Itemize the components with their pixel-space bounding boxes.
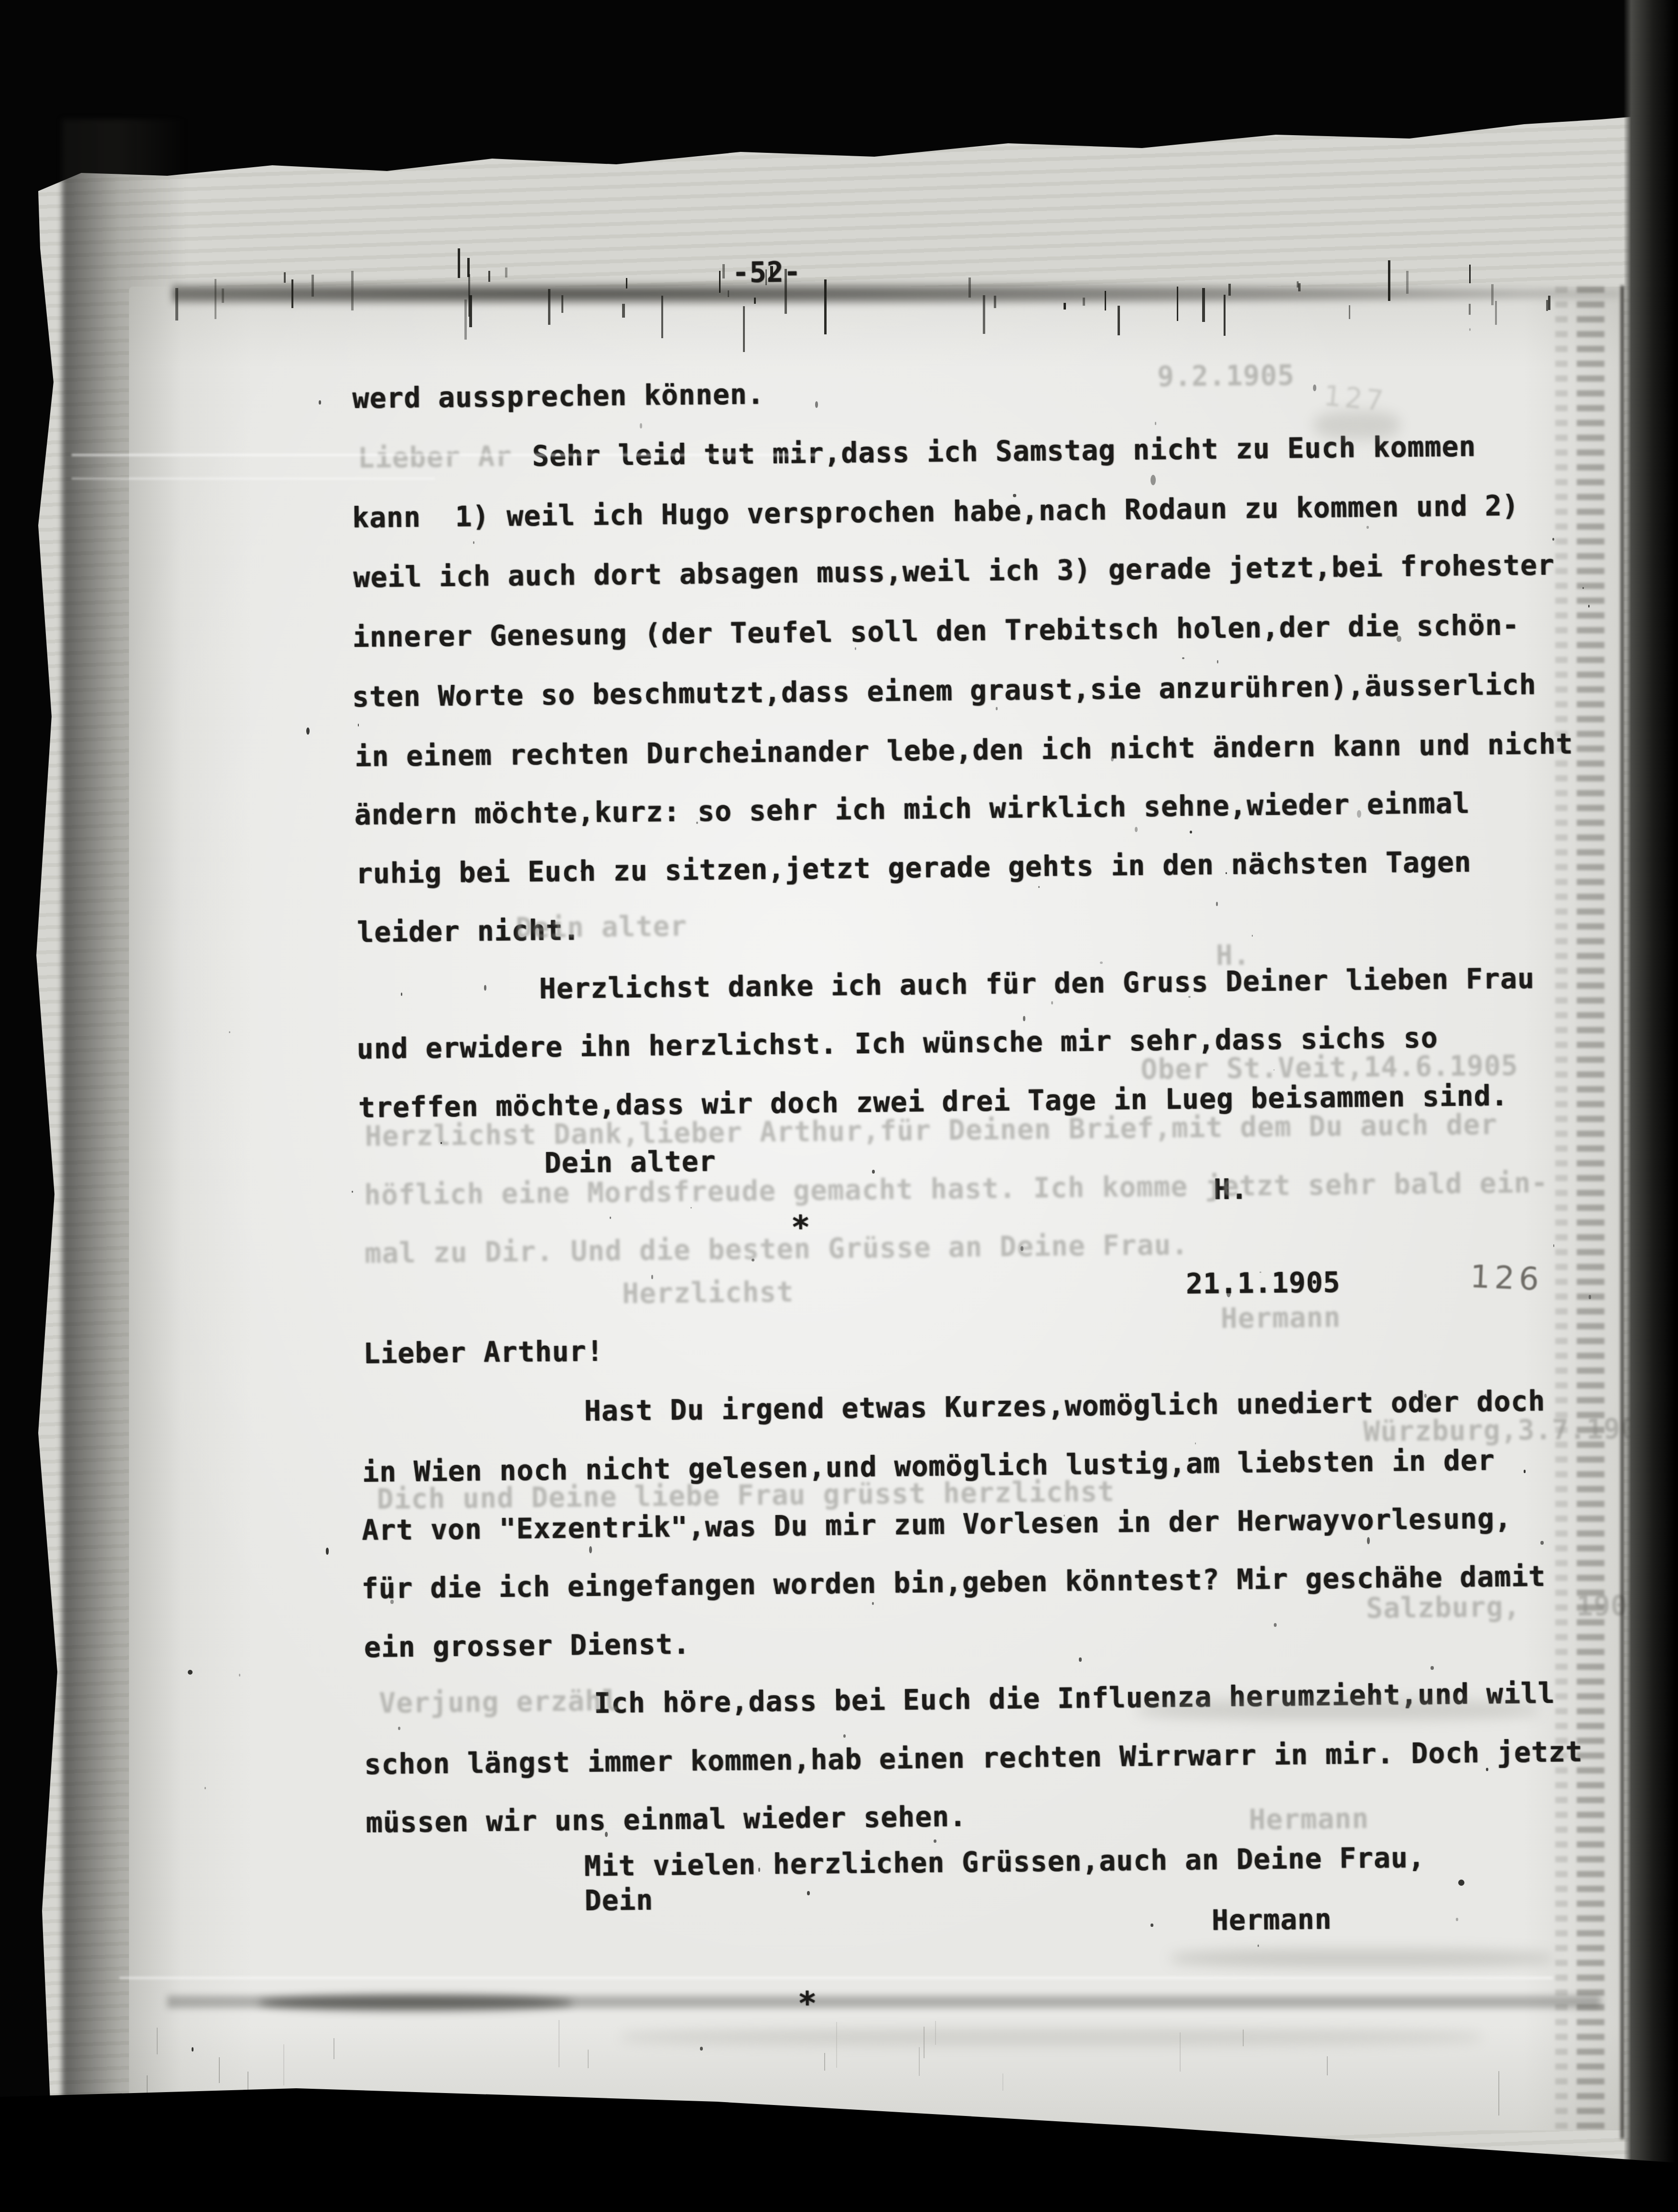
paper-fiber bbox=[919, 2047, 920, 2076]
scan-tick-mark bbox=[722, 264, 725, 278]
scan-tick-mark bbox=[719, 271, 721, 293]
scan-tick-mark bbox=[312, 275, 314, 297]
dust-speck bbox=[1540, 1541, 1544, 1545]
dust-speck bbox=[1172, 740, 1174, 745]
scan-tick-mark bbox=[1469, 265, 1471, 283]
scan-tick-mark bbox=[548, 289, 550, 325]
dust-speck bbox=[700, 2047, 703, 2051]
typewritten-text-layer: -52- werd aussprechen können.Sehr leid t… bbox=[0, 0, 1678, 2212]
paper-fiber bbox=[824, 2053, 825, 2071]
ghost-place: Salzburg, bbox=[1366, 1591, 1521, 1624]
ghost-initial: H. bbox=[1216, 939, 1251, 972]
paper-fiber bbox=[247, 2072, 248, 2091]
scan-tick-mark bbox=[284, 272, 286, 283]
scratch-line bbox=[119, 1977, 1553, 1979]
paper-fiber bbox=[1002, 2073, 1003, 2091]
dust-speck bbox=[581, 870, 582, 872]
bleedthrough-smudge bbox=[621, 2029, 1481, 2045]
scan-tick-mark bbox=[175, 288, 178, 321]
scan-tick-mark bbox=[622, 304, 625, 318]
dust-speck bbox=[1397, 636, 1401, 641]
scan-tick-mark bbox=[1118, 306, 1120, 335]
paper-fiber bbox=[1327, 2056, 1328, 2075]
scan-tick-mark bbox=[1298, 283, 1301, 291]
letter-separator-asterisk: * bbox=[797, 1985, 817, 2021]
dust-speck bbox=[610, 1217, 612, 1219]
dust-speck bbox=[1582, 587, 1584, 589]
ghost-signature: Hermann bbox=[1220, 1301, 1341, 1335]
dust-speck bbox=[484, 985, 486, 991]
scan-tick-mark bbox=[983, 295, 985, 334]
dust-speck bbox=[1151, 475, 1156, 485]
dust-speck bbox=[1486, 1768, 1488, 1771]
dust-speck bbox=[1456, 1918, 1458, 1921]
dust-speck bbox=[192, 2047, 194, 2052]
scan-tick-mark bbox=[1491, 284, 1493, 305]
dust-speck bbox=[319, 400, 321, 405]
dust-speck bbox=[188, 1670, 193, 1675]
dust-speck bbox=[1458, 1880, 1464, 1886]
scan-tick-mark bbox=[351, 271, 354, 311]
ghost-line: höflich eine Mordsfreude gemacht hast. I… bbox=[364, 1166, 1549, 1211]
scan-tick-mark bbox=[458, 248, 460, 278]
scan-tick-mark bbox=[1202, 288, 1205, 322]
dust-speck bbox=[605, 1832, 608, 1837]
scan-tick-mark bbox=[765, 269, 767, 286]
scan-tick-mark bbox=[626, 278, 627, 289]
dust-speck bbox=[1367, 1537, 1370, 1544]
scan-tick-mark bbox=[1228, 284, 1231, 295]
scan-tick-mark bbox=[770, 266, 773, 276]
letter2-salutation: Lieber Arthur! bbox=[363, 1335, 604, 1370]
dust-speck bbox=[1588, 605, 1590, 608]
dust-speck bbox=[352, 1191, 353, 1193]
scan-tick-mark bbox=[1224, 295, 1226, 336]
letter2-line: schon längst immer kommen,hab einen rech… bbox=[364, 1735, 1583, 1781]
dust-speck bbox=[306, 727, 310, 735]
scan-tick-mark bbox=[1495, 301, 1496, 325]
dust-speck bbox=[1064, 1515, 1065, 1517]
dust-speck bbox=[1151, 1923, 1153, 1927]
dust-speck bbox=[1552, 538, 1554, 541]
letter1-line: ändern möchte,kurz: so sehr ich mich wir… bbox=[354, 787, 1470, 831]
letter1-line: weil ich auch dort absagen muss,weil ich… bbox=[353, 549, 1555, 594]
letter2-signature: Hermann bbox=[1212, 1903, 1332, 1937]
dust-speck bbox=[1424, 1394, 1426, 1398]
ghost-line: Verjung erzähl bbox=[379, 1684, 620, 1719]
dust-speck bbox=[1524, 1470, 1525, 1473]
scanned-letter-page: -52- werd aussprechen können.Sehr leid t… bbox=[0, 0, 1678, 2212]
letter1-line: innerer Genesung (der Teufel soll den Tr… bbox=[352, 609, 1519, 654]
scan-tick-mark bbox=[1064, 303, 1066, 310]
scan-tick-mark bbox=[1469, 304, 1471, 314]
scan-tick-mark bbox=[1388, 260, 1390, 301]
dust-speck bbox=[1431, 1666, 1434, 1670]
scratch-line bbox=[72, 478, 435, 480]
dust-speck bbox=[807, 1891, 810, 1895]
scan-tick-mark bbox=[661, 296, 663, 339]
dust-speck bbox=[872, 1602, 874, 1605]
bleedthrough-smudge bbox=[1171, 1950, 1553, 1967]
scan-tick-mark bbox=[968, 278, 971, 298]
letter1-line: Herzlichst danke ich auch für den Gruss … bbox=[539, 962, 1535, 1005]
paper-fiber bbox=[283, 2044, 284, 2085]
scan-tick-mark bbox=[291, 279, 293, 309]
letter1-line: werd aussprechen können. bbox=[352, 378, 764, 415]
dust-speck bbox=[1182, 657, 1184, 659]
letter2-line: ein grosser Dienst. bbox=[364, 1628, 690, 1664]
scan-tick-mark bbox=[1406, 271, 1409, 293]
scan-tick-mark bbox=[468, 274, 470, 317]
ghost-place-dateline: Ober St.Veit,14.6.1905 bbox=[1140, 1049, 1518, 1086]
ghost-closing: Dein alter bbox=[516, 910, 688, 944]
letter2-closing: Dein bbox=[584, 1884, 653, 1917]
dust-speck bbox=[326, 1548, 329, 1554]
paper-fiber bbox=[559, 2020, 559, 2067]
dust-speck bbox=[1188, 996, 1191, 998]
ghost-signature: Hermann bbox=[1248, 1802, 1369, 1836]
dust-speck bbox=[872, 1170, 875, 1174]
scan-tick-mark bbox=[1105, 291, 1106, 310]
ghost-place-dateline: Würzburg,3.7.1908 bbox=[1363, 1412, 1655, 1448]
scan-tick-mark bbox=[824, 279, 827, 334]
dust-speck bbox=[1589, 1295, 1591, 1299]
paper-fiber bbox=[836, 2022, 837, 2068]
dust-speck bbox=[934, 1839, 936, 1843]
paper-fiber bbox=[588, 2050, 589, 2069]
scan-tick-mark bbox=[464, 299, 467, 340]
scan-tick-mark bbox=[728, 290, 729, 297]
scan-tick-mark bbox=[785, 269, 787, 314]
scan-tick-mark bbox=[222, 289, 224, 303]
scan-tick-mark bbox=[743, 306, 745, 352]
letter1-line: kann 1) weil ich Hugo versprochen habe,n… bbox=[352, 490, 1519, 534]
ghost-dateline: 9.2.1905 bbox=[1157, 359, 1295, 393]
scan-tick-mark bbox=[1548, 296, 1550, 310]
dust-speck bbox=[1216, 902, 1218, 906]
scan-tick-mark bbox=[754, 298, 756, 304]
dust-speck bbox=[651, 1275, 653, 1279]
ghost-closing: Herzlichst bbox=[622, 1276, 794, 1310]
dust-speck bbox=[398, 1727, 400, 1730]
letter1-line: in einem rechten Durcheinander lebe,den … bbox=[355, 727, 1573, 773]
scratch-line bbox=[72, 454, 817, 456]
paper-fiber bbox=[219, 2057, 220, 2083]
dust-speck bbox=[1313, 385, 1316, 391]
scan-tick-mark bbox=[488, 271, 490, 282]
dust-speck bbox=[690, 1207, 692, 1208]
scan-tick-mark bbox=[467, 258, 470, 277]
scan-tick-mark bbox=[1083, 298, 1085, 306]
dust-speck bbox=[441, 1142, 442, 1143]
dust-speck bbox=[1274, 1623, 1277, 1627]
scan-tick-mark bbox=[994, 296, 996, 308]
letter1-line: ruhig bei Euch zu sitzen,jetzt gerade ge… bbox=[356, 846, 1472, 890]
dust-speck bbox=[1366, 526, 1369, 529]
letter2-closing-line: Mit vielen herzlichen Grüssen,auch an De… bbox=[584, 1841, 1425, 1882]
letter2-line: müssen wir uns einmal wieder sehen. bbox=[366, 1800, 967, 1839]
dust-speck bbox=[589, 1546, 592, 1553]
dust-speck bbox=[1013, 494, 1016, 497]
dust-speck bbox=[996, 707, 998, 710]
ghost-salutation: Lieber Ar bbox=[358, 440, 513, 474]
scan-tick-mark bbox=[505, 267, 507, 278]
dust-speck bbox=[758, 1868, 760, 1871]
paper-fiber bbox=[333, 2038, 334, 2060]
scan-tick-mark bbox=[1349, 305, 1351, 319]
scan-tick-mark bbox=[561, 295, 563, 313]
dust-speck bbox=[1079, 1657, 1082, 1661]
dust-speck bbox=[640, 423, 642, 428]
right-binding-darkness bbox=[1624, 0, 1678, 2212]
scan-tick-mark bbox=[1177, 287, 1178, 321]
dust-speck bbox=[1226, 872, 1227, 874]
bleedthrough-smudge bbox=[1314, 411, 1400, 439]
ghost-line: mal zu Dir. Und die besten Grüsse an Dei… bbox=[365, 1229, 1189, 1270]
paper-fiber bbox=[1498, 2071, 1499, 2116]
folio-number-handwritten: 126 bbox=[1469, 1258, 1544, 1298]
bleedthrough-smudge bbox=[1137, 1700, 1538, 1720]
scan-tick-mark bbox=[215, 279, 216, 319]
dust-speck bbox=[1135, 827, 1138, 832]
dust-speck bbox=[1111, 756, 1113, 761]
paper-fiber bbox=[157, 2028, 158, 2054]
letter1-line: sten Worte so beschmutzt,dass einem grau… bbox=[352, 668, 1537, 713]
letter2-dateline: 21.1.1905 bbox=[1186, 1266, 1341, 1300]
